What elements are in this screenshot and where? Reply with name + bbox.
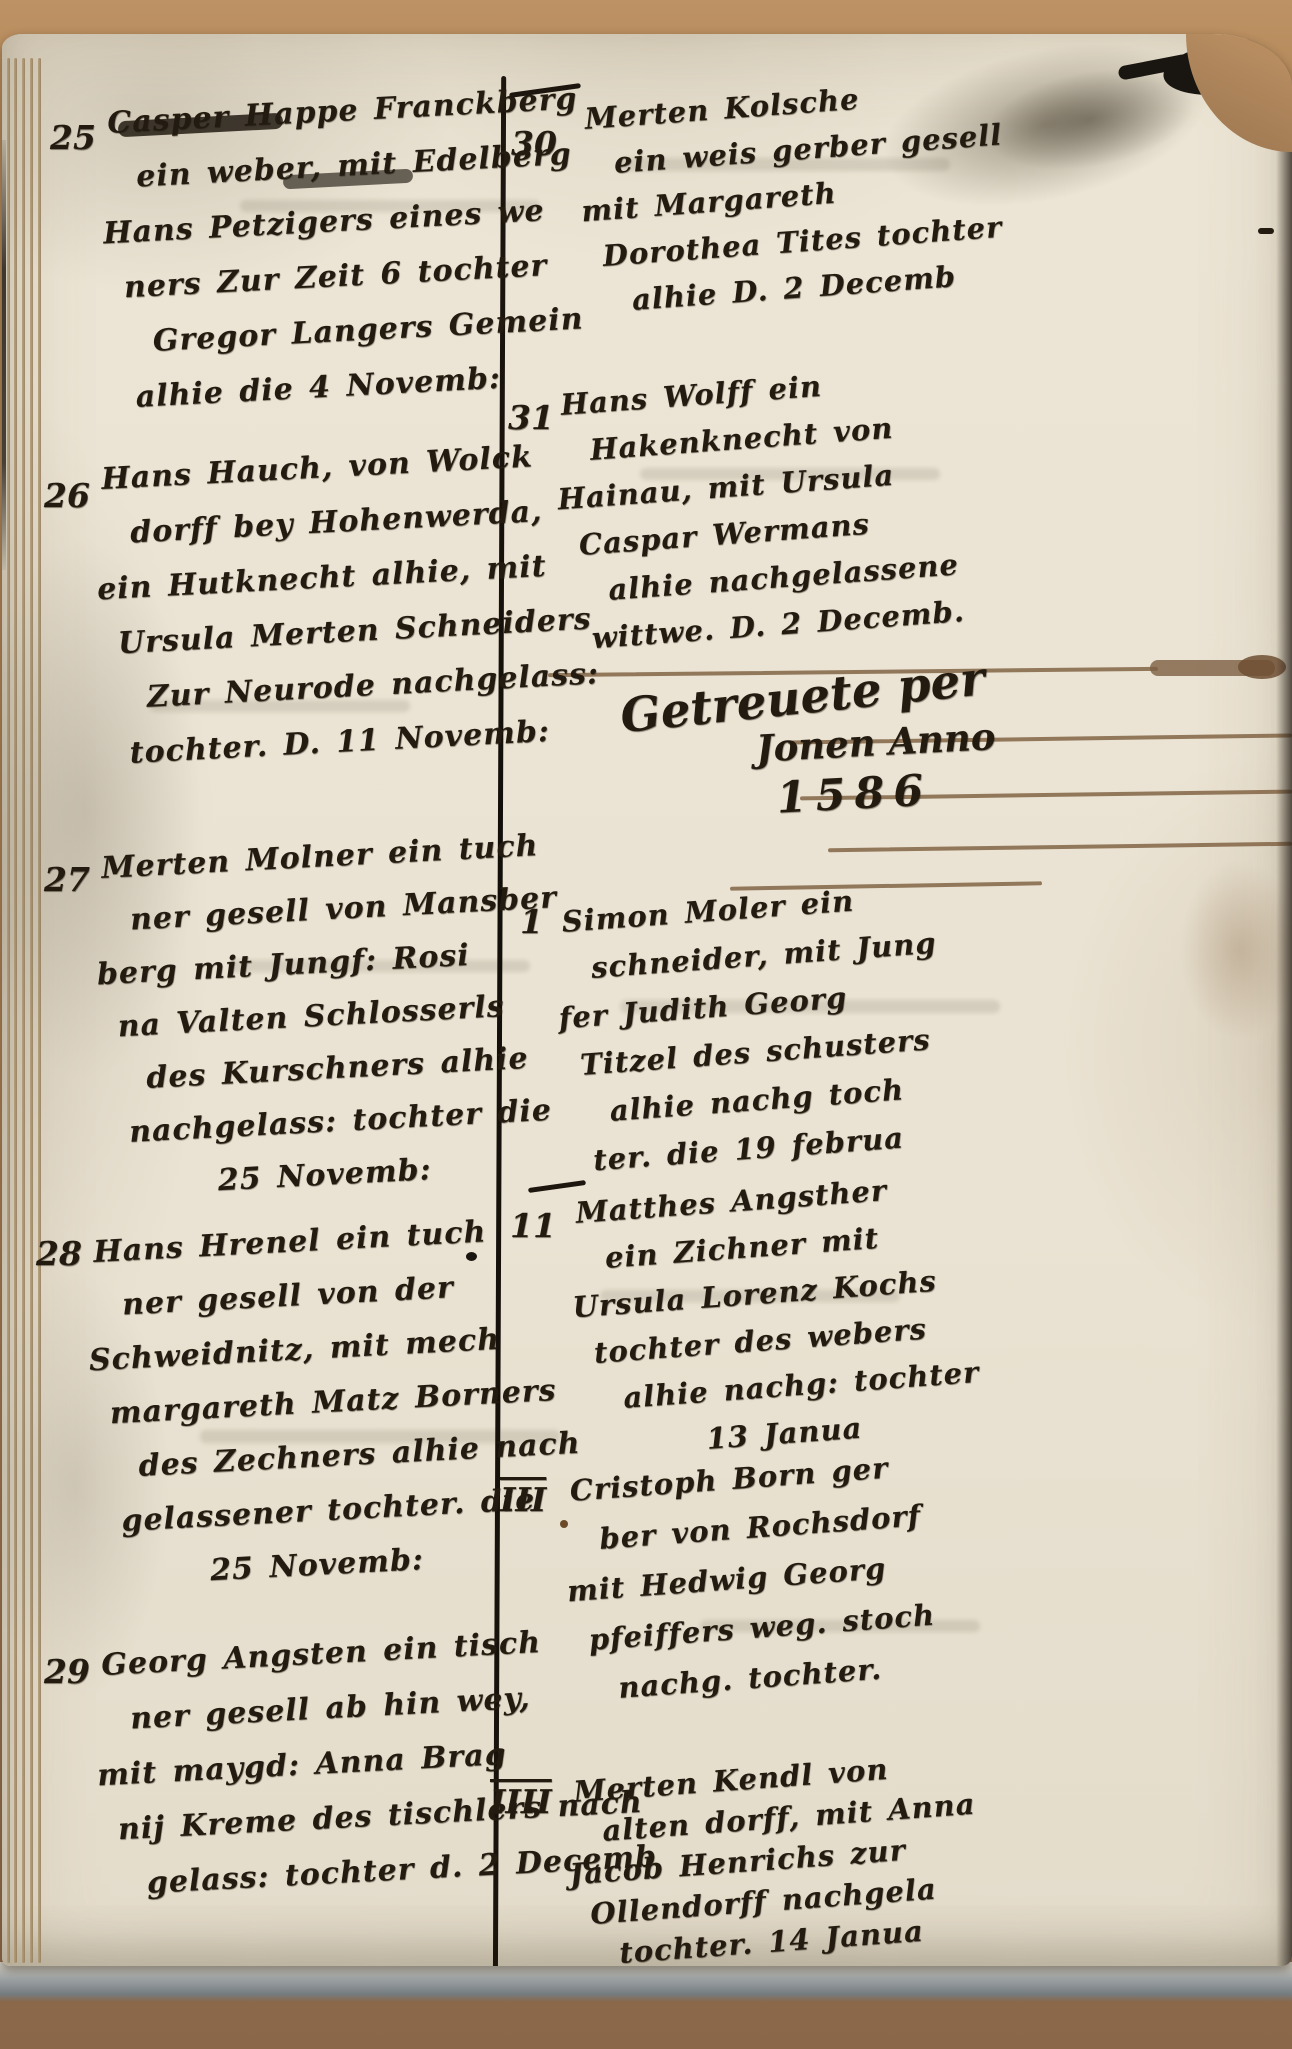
entry-25-text: Casper Happe Franckbergein weber, mit Ed…	[106, 75, 533, 426]
ink-dot	[1258, 228, 1274, 234]
entry-number-28: 28	[36, 1234, 82, 1273]
entry-number-31: 31	[508, 398, 554, 437]
entry-4-text: Merten Kendl vonalten dorff, mit AnnaJac…	[572, 1725, 1221, 1966]
register-entry-3: III Cristoph Born gerber von Rochsdorfmi…	[494, 1466, 1214, 1716]
page-edge-ridge	[7, 58, 10, 1963]
register-entry-27: 27 Merten Molner ein tuchner gesell von …	[30, 842, 510, 1213]
entry-number-30: 30	[511, 124, 557, 163]
register-entry-31: 31 Hans Wolff einHakenknecht vonHainau, …	[503, 382, 1223, 664]
register-entry-29: 29 Georg Angsten ein tischner gesell ab …	[30, 1638, 510, 1913]
entry-26-text: Hans Hauch, von Wolckdorff bey Hohenwerd…	[100, 431, 527, 782]
register-entry-30: 30 Merten Kolscheein weis gerber gesellm…	[503, 96, 1223, 326]
register-entry-28: 28 Hans Hrenel ein tuchner gesell von de…	[22, 1226, 502, 1604]
entry-29-text: Georg Angsten ein tischner gesell ab hin…	[100, 1617, 524, 1913]
manuscript-page: 25 Casper Happe Franckbergein weber, mit…	[2, 34, 1292, 1966]
entry-number-25: 25	[50, 118, 96, 157]
register-entry-1: 1 Simon Moler einschneider, mit Jungfer …	[506, 898, 1226, 1186]
entry-27-text: Merten Molner ein tuchner gesell von Man…	[100, 821, 529, 1213]
entry-number-27: 27	[44, 860, 90, 899]
register-entry-25: 25 Casper Happe Franckbergein weber, mit…	[36, 96, 516, 426]
page-edge-ridge	[22, 58, 25, 1963]
gutter-shadow	[2, 140, 6, 570]
entry-2-text: Matthes Angstherein Zichner mitUrsula Lo…	[574, 1143, 1239, 1472]
entry-number-26: 26	[44, 476, 90, 515]
entry-number-2: 11	[510, 1206, 556, 1245]
entry-number-4: IIII	[490, 1782, 552, 1821]
page-surface: 25 Casper Happe Franckbergein weber, mit…	[2, 34, 1292, 1966]
register-entry-26: 26 Hans Hauch, von Wolckdorff bey Hohenw…	[30, 452, 510, 782]
page-bottom-fore-edge	[0, 1962, 1292, 2002]
year-section-heading: Getreuete per Jonen Anno 1586	[556, 639, 1263, 834]
entry-1-text: Simon Moler einschneider, mit Jungfer Ju…	[560, 849, 1245, 1185]
entry-30-text: Merten Kolscheein weis gerber gesellmit …	[583, 49, 1238, 325]
page-edge-shadow	[1276, 36, 1292, 1966]
entry-number-3: III	[500, 1480, 546, 1519]
page-edge-ridge	[14, 58, 17, 1963]
book-photograph: 25 Casper Happe Franckbergein weber, mit…	[0, 0, 1292, 2049]
entry-number-1: 1	[520, 902, 543, 941]
entry-number-29: 29	[44, 1652, 90, 1691]
entry-28-text: Hans Hrenel ein tuchner gesell von derSc…	[92, 1205, 521, 1604]
entry-31-text: Hans Wolff einHakenknecht vonHainau, mit…	[559, 333, 1242, 663]
entry-3-text: Cristoph Born gerber von Rochsdorfmit He…	[568, 1419, 1231, 1716]
register-entry-4: IIII Merten Kendl vonalten dorff, mit An…	[488, 1772, 1208, 1966]
